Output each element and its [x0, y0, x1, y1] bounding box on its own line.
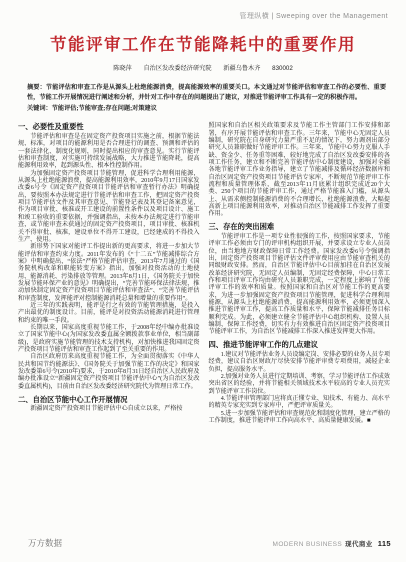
paragraph: 节能评审工作是一项专业性很强的工作，按照国家要求，节能评审工作必须由专门的评审机… [209, 234, 391, 337]
page-number: 115 [378, 539, 391, 548]
abstract-block: 摘要：节能评估和审查工作是从源头上杜绝能源消费，提高能源效率的重要关口。本文通过… [27, 83, 386, 114]
left-column: 一、必要性及重要性 节能评估和审查是在固定资产投资项目实施之前，根据节能法规、标… [18, 123, 200, 425]
paragraph-continued: 照国家和自治区相关政策要求及节能工作主管部门工作安排和部署，有序开展节能评估和审… [209, 123, 391, 218]
paragraph: 长期以来，国家高度重视节能工作，于2008年经中编办批准设立了国家节能中心(为国… [18, 325, 200, 354]
paragraph: 自治区政府历来高度重视节能工作，为全面贯彻落实《中华人民共和国节约能源法》、《国… [18, 354, 200, 391]
section-heading-3: 三、存在的突出困难 [209, 223, 391, 232]
section-heading-1: 一、必要性及重要性 [18, 123, 200, 132]
paragraph: 新疆固定资产投资项目节能评估中心自成立以来，严格按 [18, 406, 200, 413]
paragraph: 近三年的实践表明，能评是行之有效的节能管理措施，是投入产出最优的制度设计。目前，… [18, 303, 200, 325]
abstract-line: 摘要：节能评估和审查工作是从源头上杜绝能源消费，提高能源效率的重要关口。本文通过… [27, 83, 386, 103]
list-item: 5.进一步加强节能评估和审查规范化和制度化管理，建立严格的工作制度，推进节能评审… [209, 411, 391, 426]
keywords-text: 节能评估;节能审查;存在问题;对策建议 [52, 105, 157, 112]
journal-footer: MODERN BUSINESS现代商业115 [273, 539, 392, 548]
postal-code: 830002 [272, 65, 293, 72]
author-city: 新疆乌鲁木齐 [223, 65, 260, 72]
author-name: 陈晓萍 [113, 65, 132, 72]
keywords-line: 关键词：节能评估;节能审查;存在问题;对策建议 [27, 104, 386, 114]
list-item: 1.建议对节能评估业务人员设编定岗、安排必要的业务人员专项经费，建议自治区财政厅… [209, 352, 391, 374]
byline: 陈晓萍 自治区发改委经济研究院 新疆乌鲁木齐 830002 [0, 63, 406, 72]
paragraph: 节能评估和审查是在固定资产投资项目实施之前，根据节能法规、标准，对项目的能源利用… [18, 134, 200, 171]
paragraph: 新形势下国家对能评工作提出新的更高要求，将进一步加大节能评估和审查约束力度。20… [18, 244, 200, 303]
list-item: 4.节能评审管理部门应将真正懂专业、知技术、有能力、高水平的精英专家充实到专家库… [209, 396, 391, 411]
right-column: 照国家和自治区相关政策要求及节能工作主管部门工作安排和部署，有序开展节能评估和审… [209, 123, 391, 425]
journal-name-en: MODERN BUSINESS [273, 541, 343, 548]
keywords-label: 关键词： [27, 105, 52, 112]
paragraph: 为加强固定资产投资项目节能管理，促进科学合理利用能源，从源头上杜绝能源浪费，提高… [18, 171, 200, 244]
journal-name-cn: 现代商业 [345, 541, 373, 548]
list-item: 2.加强对业务人员进行定期培训、考察，学习节能评估工作成效突出省区的经验，并将节… [209, 374, 391, 396]
author-affiliation: 自治区发改委经济研究院 [143, 65, 211, 72]
column-channel-header: 管理纵横 | Sweeping over the Management [240, 11, 389, 21]
article-body: 一、必要性及重要性 节能评估和审查是在固定资产投资项目实施之前，根据节能法规、标… [18, 123, 390, 425]
abstract-label: 摘要： [27, 84, 46, 91]
article-title: 节能评审工作在节能降耗中的重要作用 [10, 36, 396, 54]
abstract-text: 节能评估和审查工作是从源头上杜绝能源消费，提高能源效率的重要关口。本文通过对节能… [27, 84, 386, 101]
wanfang-watermark: 万方数据 [28, 537, 62, 549]
section-heading-2: 二、自治区节能中心工作开展情况 [18, 396, 200, 405]
section-heading-4: 四、推进节能评审工作的几点建议 [209, 341, 391, 350]
journal-page: 管理纵横 | Sweeping over the Management 节能评审… [0, 0, 406, 562]
